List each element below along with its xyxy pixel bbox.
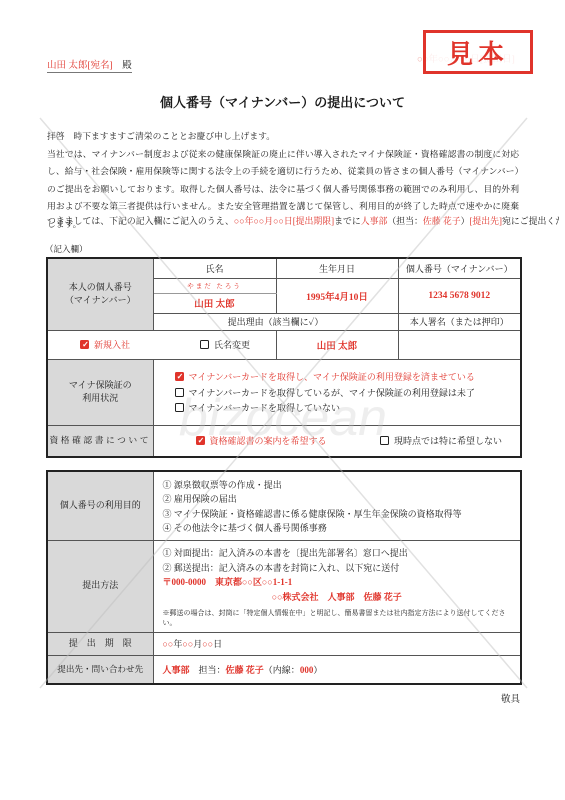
table-row: マイナ保険証の 利用状況 ✓ マイナンバーカードを取得し、マイナ保険証の利用登録…	[47, 359, 521, 425]
purpose-header-cell: 個人番号の利用目的	[47, 471, 153, 540]
checkbox-label: 現時点では特に希望しない	[394, 434, 502, 447]
deadline-segment: 月	[193, 639, 202, 649]
owner-header-cell: 本人の個人番号 （マイナンバー）	[47, 258, 153, 330]
sample-stamp: 見本	[423, 30, 533, 74]
checkbox-label: 新規入社	[94, 338, 130, 351]
addressee-honorific: 殿	[113, 61, 132, 71]
table-row: 個人番号の利用目的 ① 源泉徴収票等の作成・提出 ② 雇用保険の届出 ③ マイナ…	[47, 471, 521, 540]
table-row: 提 出 期 限 ○○年○○月○○日	[47, 632, 521, 655]
checkbox-label: マイナンバーカードを取得し、マイナ保険証の利用登録を済ませている	[189, 370, 475, 383]
certificate-header-cell: 資格確認書について	[47, 425, 153, 457]
table-row: 提出方法 ① 対面提出：記入済みの本書を〔提出先部署名〕窓口へ提出 ② 郵送提出…	[47, 540, 521, 632]
contact-segment: ）	[313, 665, 322, 675]
table-row: 本人の個人番号 （マイナンバー） 氏名 生年月日 個人番号（マイナンバー）	[47, 258, 521, 278]
purpose-item: ③ マイナ保険証・資格確認書に係る健康保険・厚生年金保険の資格取得等	[163, 507, 512, 520]
mailing-company: ○○株式会社 人事部 佐藤 花子	[163, 590, 512, 603]
purpose-item: ① 源泉徴収票等の作成・提出	[163, 478, 512, 491]
method-header-cell: 提出方法	[47, 540, 153, 632]
addressee-name: 山田 太郎[宛名]	[47, 61, 113, 71]
entry-section-label: （記入欄）	[45, 243, 88, 255]
number-value-cell[interactable]: 1234 5678 9012	[398, 278, 521, 313]
checkbox-unchecked-icon[interactable]	[175, 403, 184, 412]
addressee: 山田 太郎[宛名] 殿	[47, 57, 132, 73]
table-row: 資格確認書について ✓ 資格確認書の案内を希望する 現時点では特に希望しない	[47, 425, 521, 457]
checkbox-checked-icon[interactable]: ✓	[80, 340, 89, 349]
signature-header-cell: 本人署名（または押印）	[398, 313, 521, 330]
deadline-segment: ○○	[182, 639, 193, 649]
recipient-placeholder: [提出先]	[469, 216, 502, 226]
signature-value-cell[interactable]: 山田 太郎	[276, 330, 398, 359]
contact-value-cell: 人事部 担当：佐藤 花子（内線：000）	[153, 655, 521, 684]
table-row: ✓ 新規入社 氏名変更 山田 太郎	[47, 330, 521, 359]
greeting-line: 拝啓 時下ますますご清栄のこととお慶び申し上げます。	[47, 128, 519, 146]
reason-option-new-hire[interactable]: ✓ 新規入社	[80, 338, 130, 351]
request-text: つきましては、下記の記入欄にご記入のうえ、	[47, 216, 234, 226]
certificate-option-decline[interactable]: 現時点では特に希望しない	[380, 434, 502, 447]
insurance-option-no-card[interactable]: マイナンバーカードを取得していない	[175, 401, 512, 414]
checkbox-unchecked-icon[interactable]	[380, 436, 389, 445]
contact-segment: （内線：	[264, 665, 300, 675]
submission-info-table: 個人番号の利用目的 ① 源泉徴収票等の作成・提出 ② 雇用保険の届出 ③ マイナ…	[46, 470, 522, 685]
number-header-cell: 個人番号（マイナンバー）	[398, 258, 521, 278]
birth-value-cell[interactable]: 1995年4月10日	[276, 278, 398, 313]
method-by-mail: ② 郵送提出：記入済みの本書を封筒に入れ、以下宛に送付	[163, 561, 512, 574]
deadline-placeholder: ○○年○○月○○日[提出期限]	[234, 216, 334, 226]
closing-word: 敬具	[501, 691, 520, 705]
reason-option-name-change[interactable]: 氏名変更	[200, 338, 250, 351]
request-text: 宛にご提出くだ	[502, 216, 559, 226]
contact-segment: 000	[300, 665, 314, 675]
contact-segment: 佐藤 花子	[226, 665, 264, 675]
checkbox-label: マイナンバーカードを取得しているが、マイナ保険証の利用登録は未了	[189, 386, 475, 399]
method-content-cell: ① 対面提出：記入済みの本書を〔提出先部署名〕窓口へ提出 ② 郵送提出：記入済み…	[153, 540, 521, 632]
deadline-value-cell: ○○年○○月○○日	[153, 632, 521, 655]
contact-segment: 人事部	[163, 665, 190, 675]
reason-header-cell: 提出理由（該当欄に✓）	[153, 313, 398, 330]
check-glyph: ✓	[197, 436, 206, 446]
page-title: 個人番号（マイナンバー）の提出について	[0, 92, 565, 111]
insurance-option-registered[interactable]: ✓ マイナンバーカードを取得し、マイナ保険証の利用登録を済ませている	[175, 370, 512, 383]
certificate-options-cell: ✓ 資格確認書の案内を希望する 現時点では特に希望しない	[153, 425, 521, 457]
request-line: つきましては、下記の記入欄にご記入のうえ、○○年○○月○○日[提出期限]までに人…	[47, 214, 559, 227]
document-page: 山田 太郎[宛名] 殿 ○○年○○月○○日[提出日] 見本 個人番号（マイナンバ…	[0, 0, 565, 800]
checkbox-label: 氏名変更	[214, 338, 250, 351]
insurance-option-not-registered[interactable]: マイナンバーカードを取得しているが、マイナ保険証の利用登録は未了	[175, 386, 512, 399]
contact-person-name: 佐藤 花子	[423, 216, 461, 226]
deadline-segment: ○○	[163, 639, 174, 649]
name-header-cell: 氏名	[153, 258, 276, 278]
personal-number-table: 本人の個人番号 （マイナンバー） 氏名 生年月日 個人番号（マイナンバー） やま…	[46, 257, 522, 458]
request-text: までに	[334, 216, 361, 226]
table-row: 提出先・問い合わせ先 人事部 担当：佐藤 花子（内線：000）	[47, 655, 521, 684]
insurance-options-cell: ✓ マイナンバーカードを取得し、マイナ保険証の利用登録を済ませている マイナンバ…	[153, 359, 521, 425]
check-glyph: ✓	[81, 340, 90, 350]
furigana-cell[interactable]: やまだ たろう	[153, 278, 276, 293]
checkbox-label: マイナンバーカードを取得していない	[189, 401, 341, 414]
checkbox-label: 資格確認書の案内を希望する	[210, 434, 327, 447]
deadline-header-cell: 提 出 期 限	[47, 632, 153, 655]
contact-segment: 担当：	[190, 665, 226, 675]
checkbox-unchecked-icon[interactable]	[175, 388, 184, 397]
birth-header-cell: 生年月日	[276, 258, 398, 278]
checkbox-checked-icon[interactable]: ✓	[175, 372, 184, 381]
insurance-header-cell: マイナ保険証の 利用状況	[47, 359, 153, 425]
mailing-address: 〒000-0000 東京都○○区○○1-1-1	[163, 575, 512, 588]
checkbox-checked-icon[interactable]: ✓	[196, 436, 205, 445]
contact-header-cell: 提出先・問い合わせ先	[47, 655, 153, 684]
purpose-item: ② 雇用保険の届出	[163, 492, 512, 505]
check-glyph: ✓	[176, 372, 185, 382]
checkbox-unchecked-icon[interactable]	[200, 340, 209, 349]
deadline-segment: 日	[213, 639, 222, 649]
department-name: 人事部	[361, 216, 388, 226]
deadline-segment: ○○	[202, 639, 213, 649]
mailing-note: ※郵送の場合は、封筒に「特定個人情報在中」と明記し、簡易書留または社内指定方法に…	[163, 608, 512, 628]
name-value-cell[interactable]: 山田 太郎	[153, 293, 276, 313]
purpose-list-cell: ① 源泉徴収票等の作成・提出 ② 雇用保険の届出 ③ マイナ保険証・資格確認書に…	[153, 471, 521, 540]
purpose-item: ④ その他法令に基づく個人番号関係事務	[163, 521, 512, 534]
reason-options-cell: ✓ 新規入社 氏名変更	[47, 330, 276, 359]
request-text: （担当：	[387, 216, 423, 226]
method-in-person: ① 対面提出：記入済みの本書を〔提出先部署名〕窓口へ提出	[163, 546, 512, 559]
certificate-option-request[interactable]: ✓ 資格確認書の案内を希望する	[196, 434, 327, 447]
